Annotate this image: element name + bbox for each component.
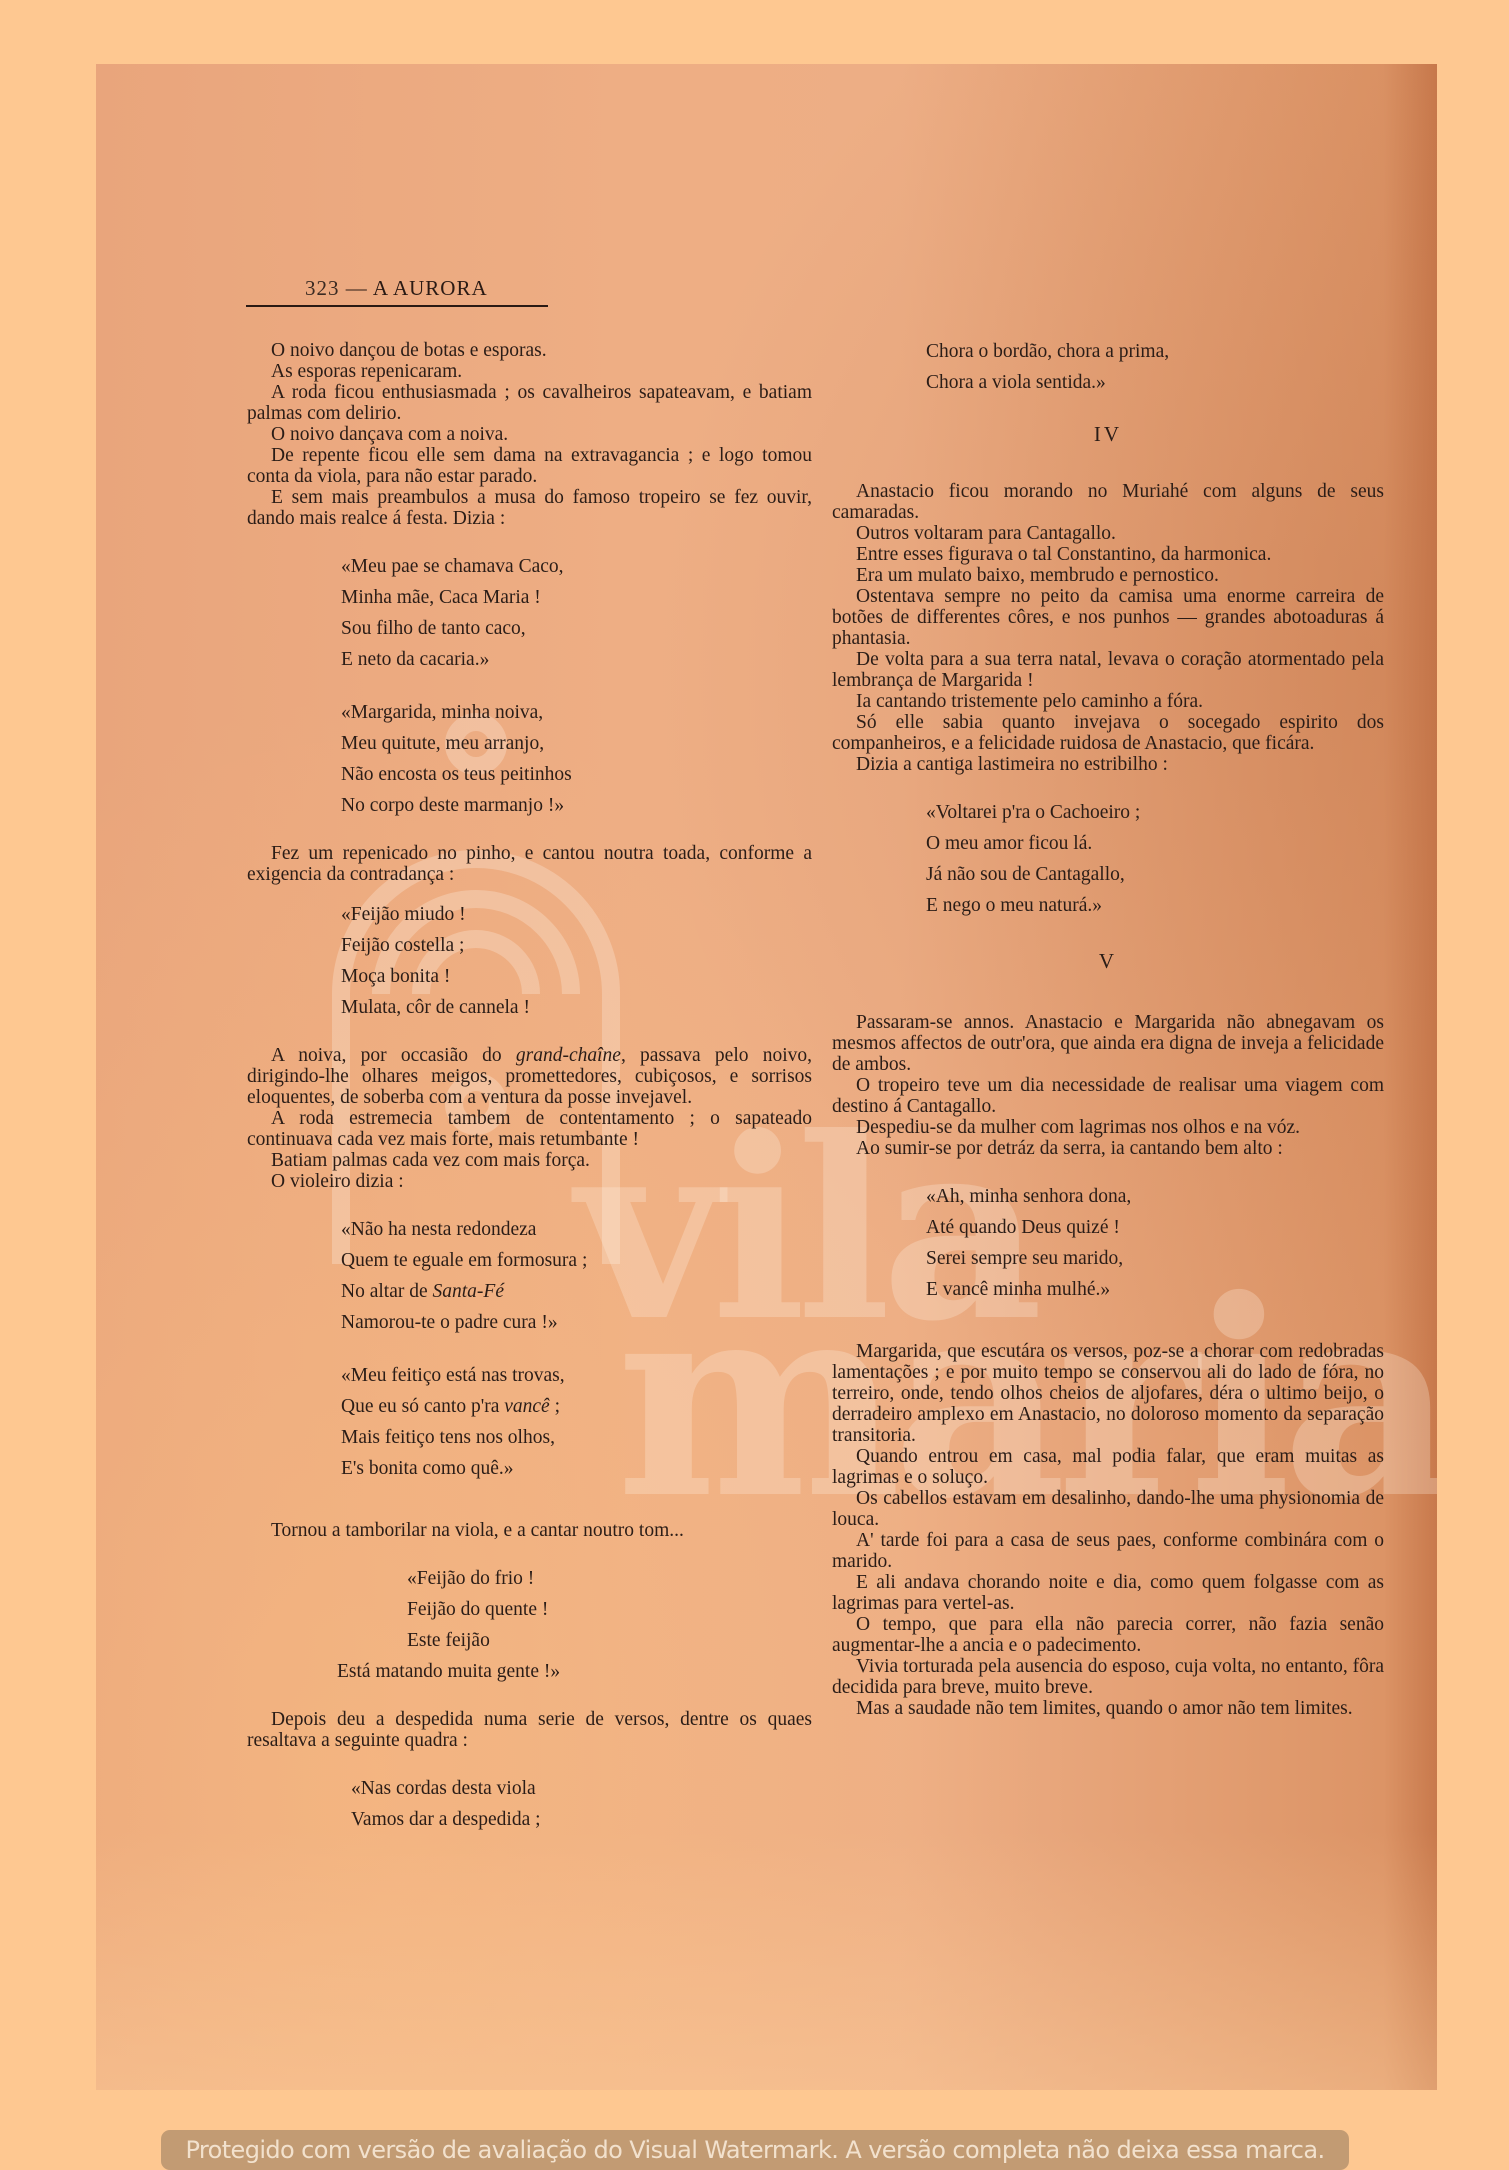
verse-line: Quem te eguale em formosura ; (341, 1245, 812, 1276)
verse-line: Que eu só canto p'ra vancê ; (341, 1391, 812, 1422)
verse-stanza: Chora o bordão, chora a prima, Chora a v… (832, 336, 1384, 398)
paragraph: Ia cantando tristemente pelo caminho a f… (832, 691, 1384, 712)
verse-line: «Meu feitiço está nas trovas, (341, 1360, 812, 1391)
section-heading-v: V (832, 951, 1384, 972)
paragraph: E ali andava chorando noite e dia, como … (832, 1572, 1384, 1614)
paragraph: As esporas repenicaram. (247, 361, 812, 382)
paragraph-group: O noivo dançou de botas e esporas. As es… (247, 340, 812, 529)
verse-line: Até quando Deus quizé ! (926, 1212, 1384, 1243)
verse-line: Feijão costella ; (341, 930, 812, 961)
paragraph: E sem mais preambulos a musa do famoso t… (247, 487, 812, 529)
header-rule (246, 305, 548, 307)
paragraph: A noiva, por occasião do grand-chaîne, p… (247, 1045, 812, 1108)
paragraph: Fez um repenicado no pinho, e cantou nou… (247, 843, 812, 885)
page-number: 323 (305, 276, 340, 300)
verse-line: «Margarida, minha noiva, (341, 697, 812, 728)
verse-stanza: «Feijão do frio ! Feijão do quente ! Est… (247, 1563, 812, 1687)
verse-line: Chora o bordão, chora a prima, (926, 336, 1384, 367)
paragraph: Vivia torturada pela ausencia do esposo,… (832, 1656, 1384, 1698)
paragraph: Só elle sabia quanto invejava o socegado… (832, 712, 1384, 754)
verse-line: Vamos dar a despedida ; (351, 1804, 812, 1835)
verse-line: «Feijão do frio ! (407, 1563, 812, 1594)
verse-line: Namorou-te o padre cura !» (341, 1307, 812, 1338)
verse-stanza: «Feijão miudo ! Feijão costella ; Moça b… (247, 899, 812, 1023)
verse-line: E's bonita como quê.» (341, 1453, 812, 1484)
verse-line: O meu amor ficou lá. (926, 828, 1384, 859)
paragraph: A roda estremecia tambem de contentament… (247, 1108, 812, 1150)
verse-stanza: «Voltarei p'ra o Cachoeiro ; O meu amor … (832, 797, 1384, 921)
paragraph: O noivo dançava com a noiva. (247, 424, 812, 445)
paragraph: Passaram-se annos. Anastacio e Margarida… (832, 1012, 1384, 1075)
left-column: O noivo dançou de botas e esporas. As es… (247, 340, 812, 1835)
verse-line: Feijão do quente ! (407, 1594, 812, 1625)
verse-stanza: «Ah, minha senhora dona, Até quando Deus… (832, 1181, 1384, 1305)
verse-line: Já não sou de Cantagallo, (926, 859, 1384, 890)
verse-line: «Feijão miudo ! (341, 899, 812, 930)
verse-stanza: «Meu feitiço está nas trovas, Que eu só … (247, 1360, 812, 1484)
verse-line: Mulata, côr de cannela ! (341, 992, 812, 1023)
verse-line: «Não ha nesta redondeza (341, 1214, 812, 1245)
italic-term: vancê (504, 1396, 549, 1417)
header-separator: — (340, 276, 368, 300)
verse-line: E nego o meu naturá.» (926, 890, 1384, 921)
paragraph: Margarida, que escutára os versos, poz-s… (832, 1341, 1384, 1446)
verse-line: «Meu pae se chamava Caco, (341, 551, 812, 582)
verse-line: Chora a viola sentida.» (926, 367, 1384, 398)
paragraph: Era um mulato baixo, membrudo e pernosti… (832, 565, 1384, 586)
verse-line: Mais feitiço tens nos olhos, (341, 1422, 812, 1453)
paragraph: A' tarde foi para a casa de seus paes, c… (832, 1530, 1384, 1572)
verse-line: Não encosta os teus peitinhos (341, 759, 812, 790)
verse-line: Este feijão (407, 1625, 812, 1656)
paragraph: Os cabellos estavam em desalinho, dando-… (832, 1488, 1384, 1530)
verse-stanza: «Não ha nesta redondeza Quem te eguale e… (247, 1214, 812, 1338)
italic-term: grand-chaîne (516, 1045, 621, 1066)
paragraph: Depois deu a despedida numa serie de ver… (247, 1709, 812, 1751)
publication-title: A AURORA (373, 276, 488, 300)
verse-line: «Nas cordas desta viola (351, 1773, 812, 1804)
paragraph: Despediu-se da mulher com lagrimas nos o… (832, 1117, 1384, 1138)
verse-line: E vancê minha mulhé.» (926, 1274, 1384, 1305)
paragraph: Outros voltaram para Cantagallo. (832, 523, 1384, 544)
paragraph: Batiam palmas cada vez com mais força. (247, 1150, 812, 1171)
verse-line: Sou filho de tanto caco, (341, 613, 812, 644)
verse-stanza: «Margarida, minha noiva, Meu quitute, me… (247, 697, 812, 821)
verse-line: Meu quitute, meu arranjo, (341, 728, 812, 759)
verse-line: «Voltarei p'ra o Cachoeiro ; (926, 797, 1384, 828)
paragraph: Entre esses figurava o tal Constantino, … (832, 544, 1384, 565)
paragraph: Anastacio ficou morando no Muriahé com a… (832, 481, 1384, 523)
paragraph: A roda ficou enthusiasmada ; os cavalhei… (247, 382, 812, 424)
verse-line: Minha mãe, Caca Maria ! (341, 582, 812, 613)
paragraph: O noivo dançou de botas e esporas. (247, 340, 812, 361)
verse-line: Está matando muita gente !» (337, 1656, 812, 1687)
paragraph: O tempo, que para ella não parecia corre… (832, 1614, 1384, 1656)
verse-stanza: «Nas cordas desta viola Vamos dar a desp… (247, 1773, 812, 1835)
running-header: 323 — A AURORA (305, 276, 547, 301)
verse-line: No corpo deste marmanjo !» (341, 790, 812, 821)
paragraph: Mas a saudade não tem limites, quando o … (832, 1698, 1384, 1719)
verse-stanza: «Meu pae se chamava Caco, Minha mãe, Cac… (247, 551, 812, 675)
paragraph: O violeiro dizia : (247, 1171, 812, 1192)
paragraph: Ostentava sempre no peito da camisa uma … (832, 586, 1384, 649)
paragraph: Tornou a tamborilar na viola, e a cantar… (247, 1520, 812, 1541)
paragraph: O tropeiro teve um dia necessidade de re… (832, 1075, 1384, 1117)
section-heading-iv: IV (832, 424, 1384, 445)
italic-term: Santa-Fé (433, 1281, 504, 1302)
right-column: Chora o bordão, chora a prima, Chora a v… (832, 336, 1384, 1719)
paragraph: De repente ficou elle sem dama na extrav… (247, 445, 812, 487)
verse-line: Moça bonita ! (341, 961, 812, 992)
verse-line: Serei sempre seu marido, (926, 1243, 1384, 1274)
verse-line: «Ah, minha senhora dona, (926, 1181, 1384, 1212)
verse-line: No altar de Santa-Fé (341, 1276, 812, 1307)
paragraph: Dizia a cantiga lastimeira no estribilho… (832, 754, 1384, 775)
paragraph: De volta para a sua terra natal, levava … (832, 649, 1384, 691)
verse-line: E neto da cacaria.» (341, 644, 812, 675)
paragraph: Quando entrou em casa, mal podia falar, … (832, 1446, 1384, 1488)
watermark-trial-banner: Protegido com versão de avaliação do Vis… (161, 2130, 1349, 2170)
paragraph: Ao sumir-se por detráz da serra, ia cant… (832, 1138, 1384, 1159)
